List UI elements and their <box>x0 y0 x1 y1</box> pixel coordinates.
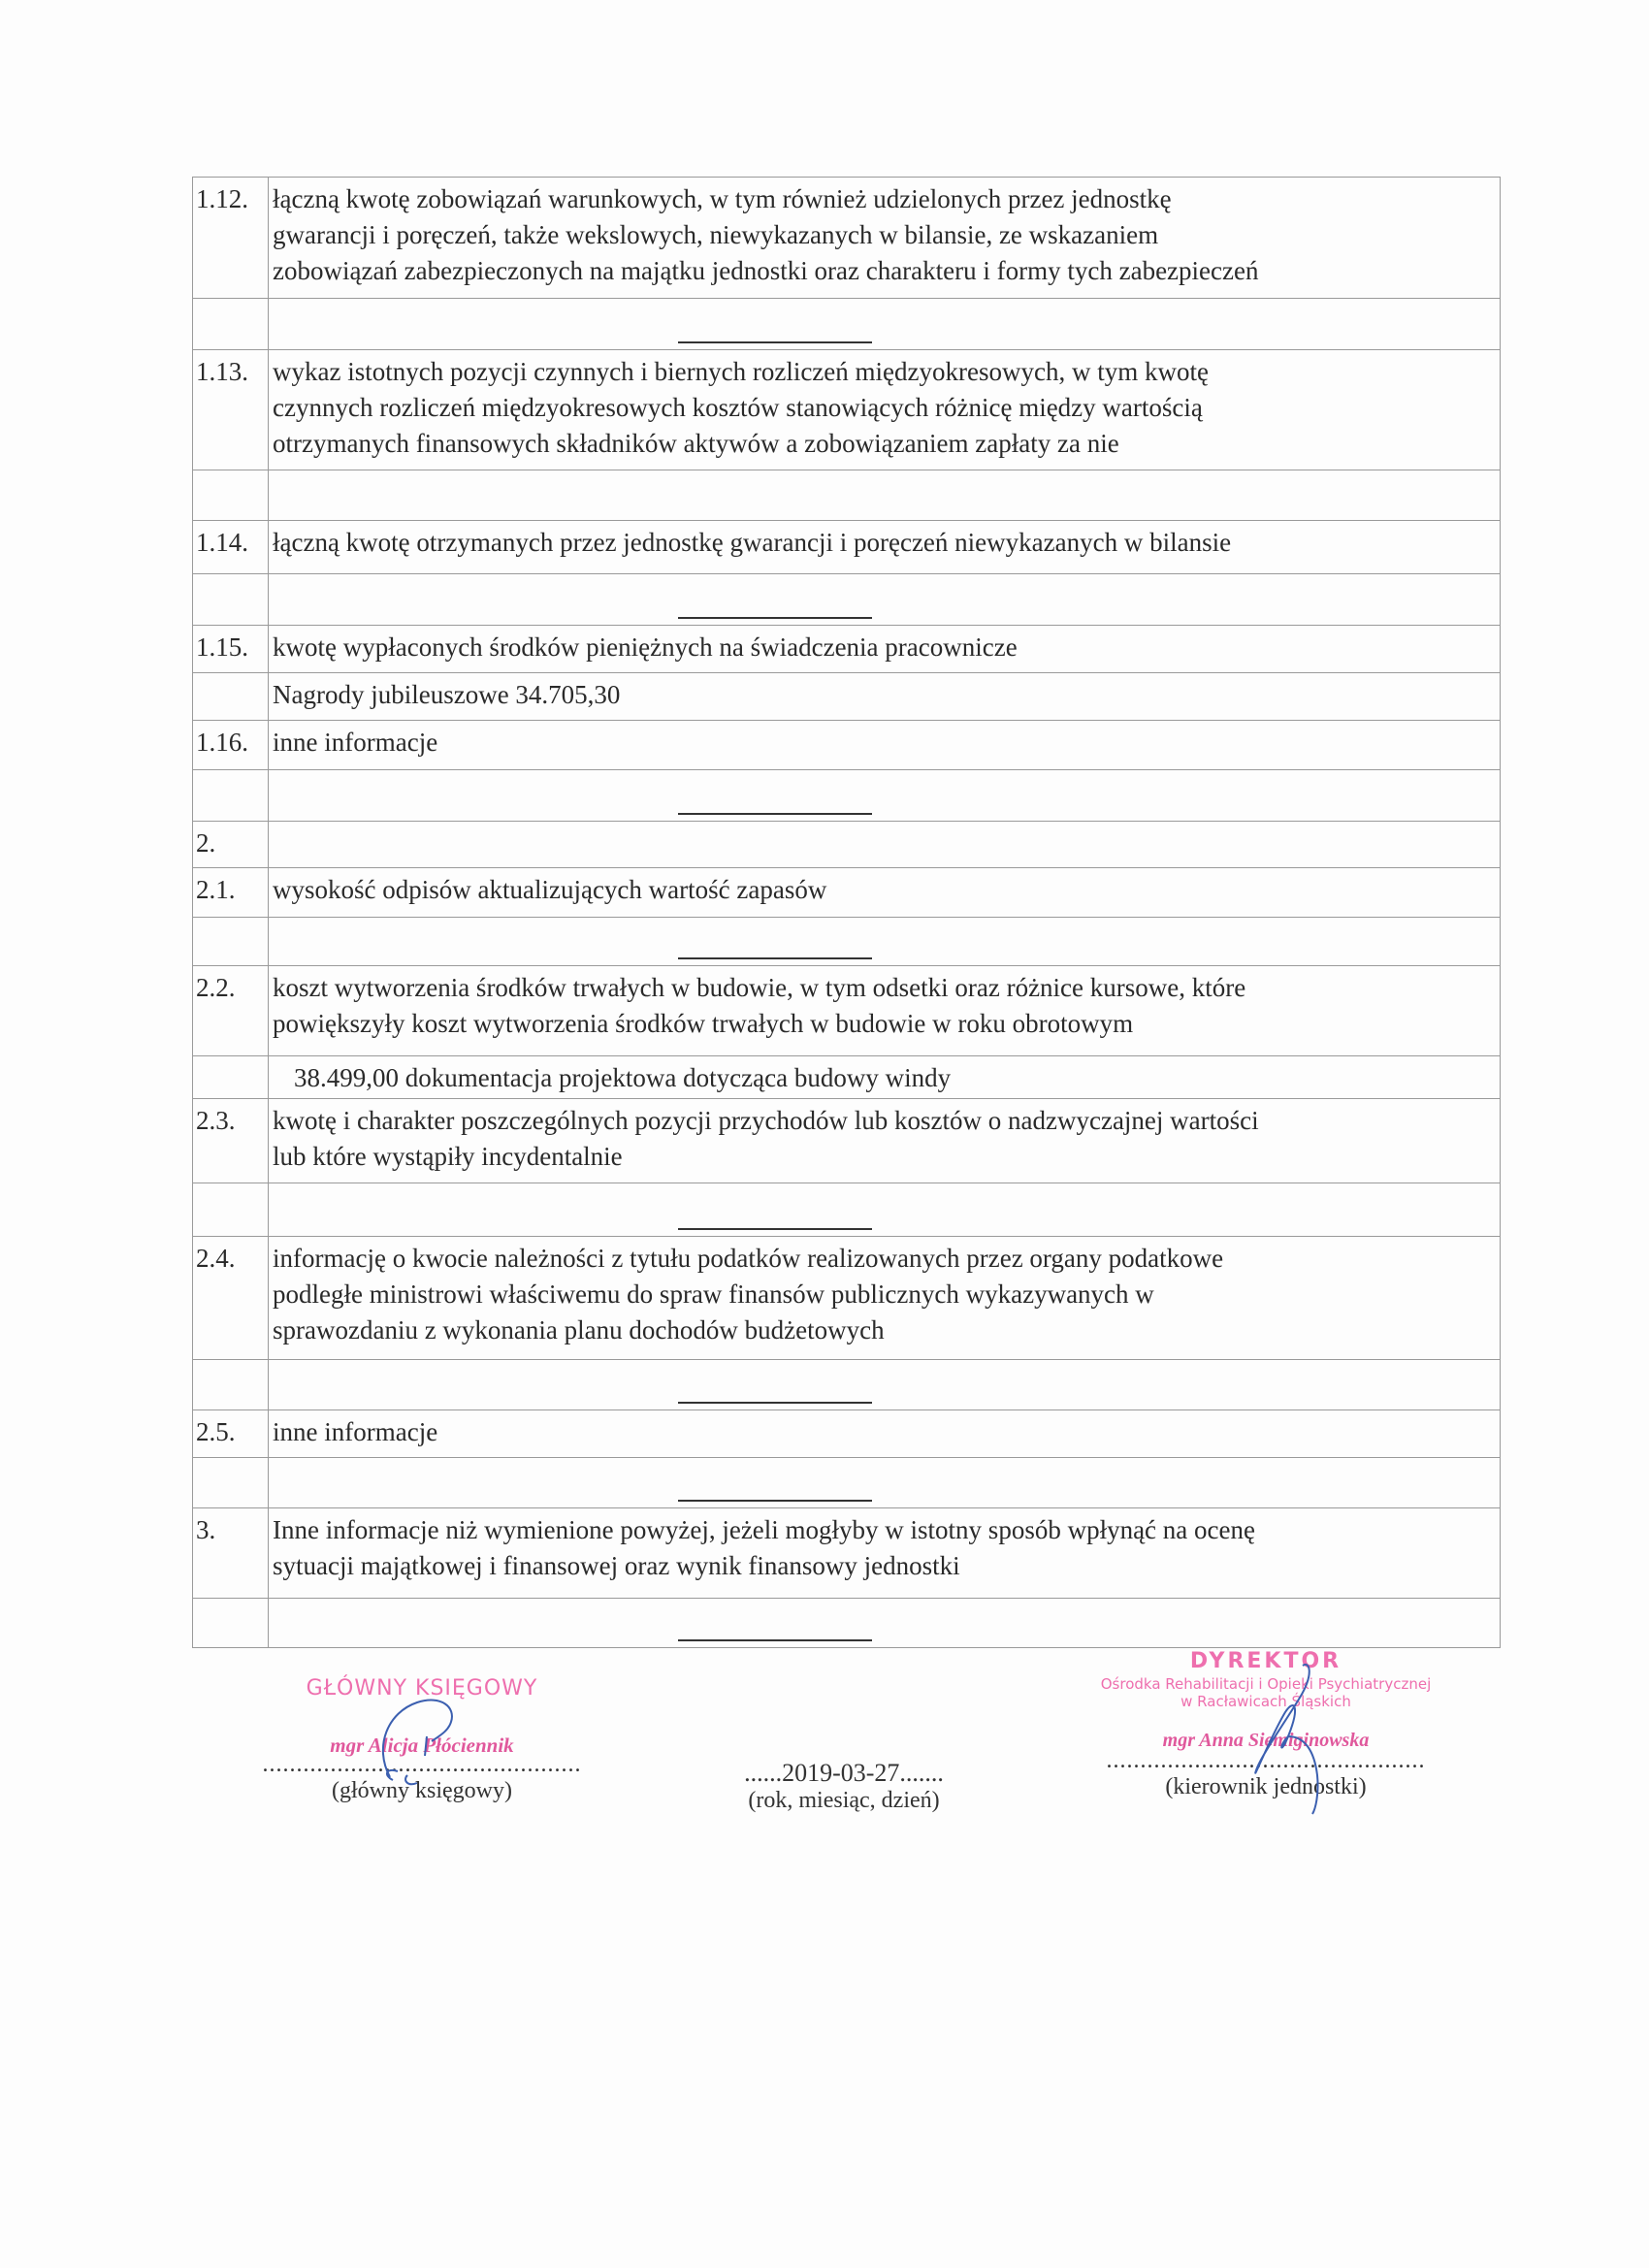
director-handwritten-signature <box>0 0 1649 2268</box>
document-page: 1.12.łączną kwotę zobowiązań warunkowych… <box>0 0 1649 2268</box>
